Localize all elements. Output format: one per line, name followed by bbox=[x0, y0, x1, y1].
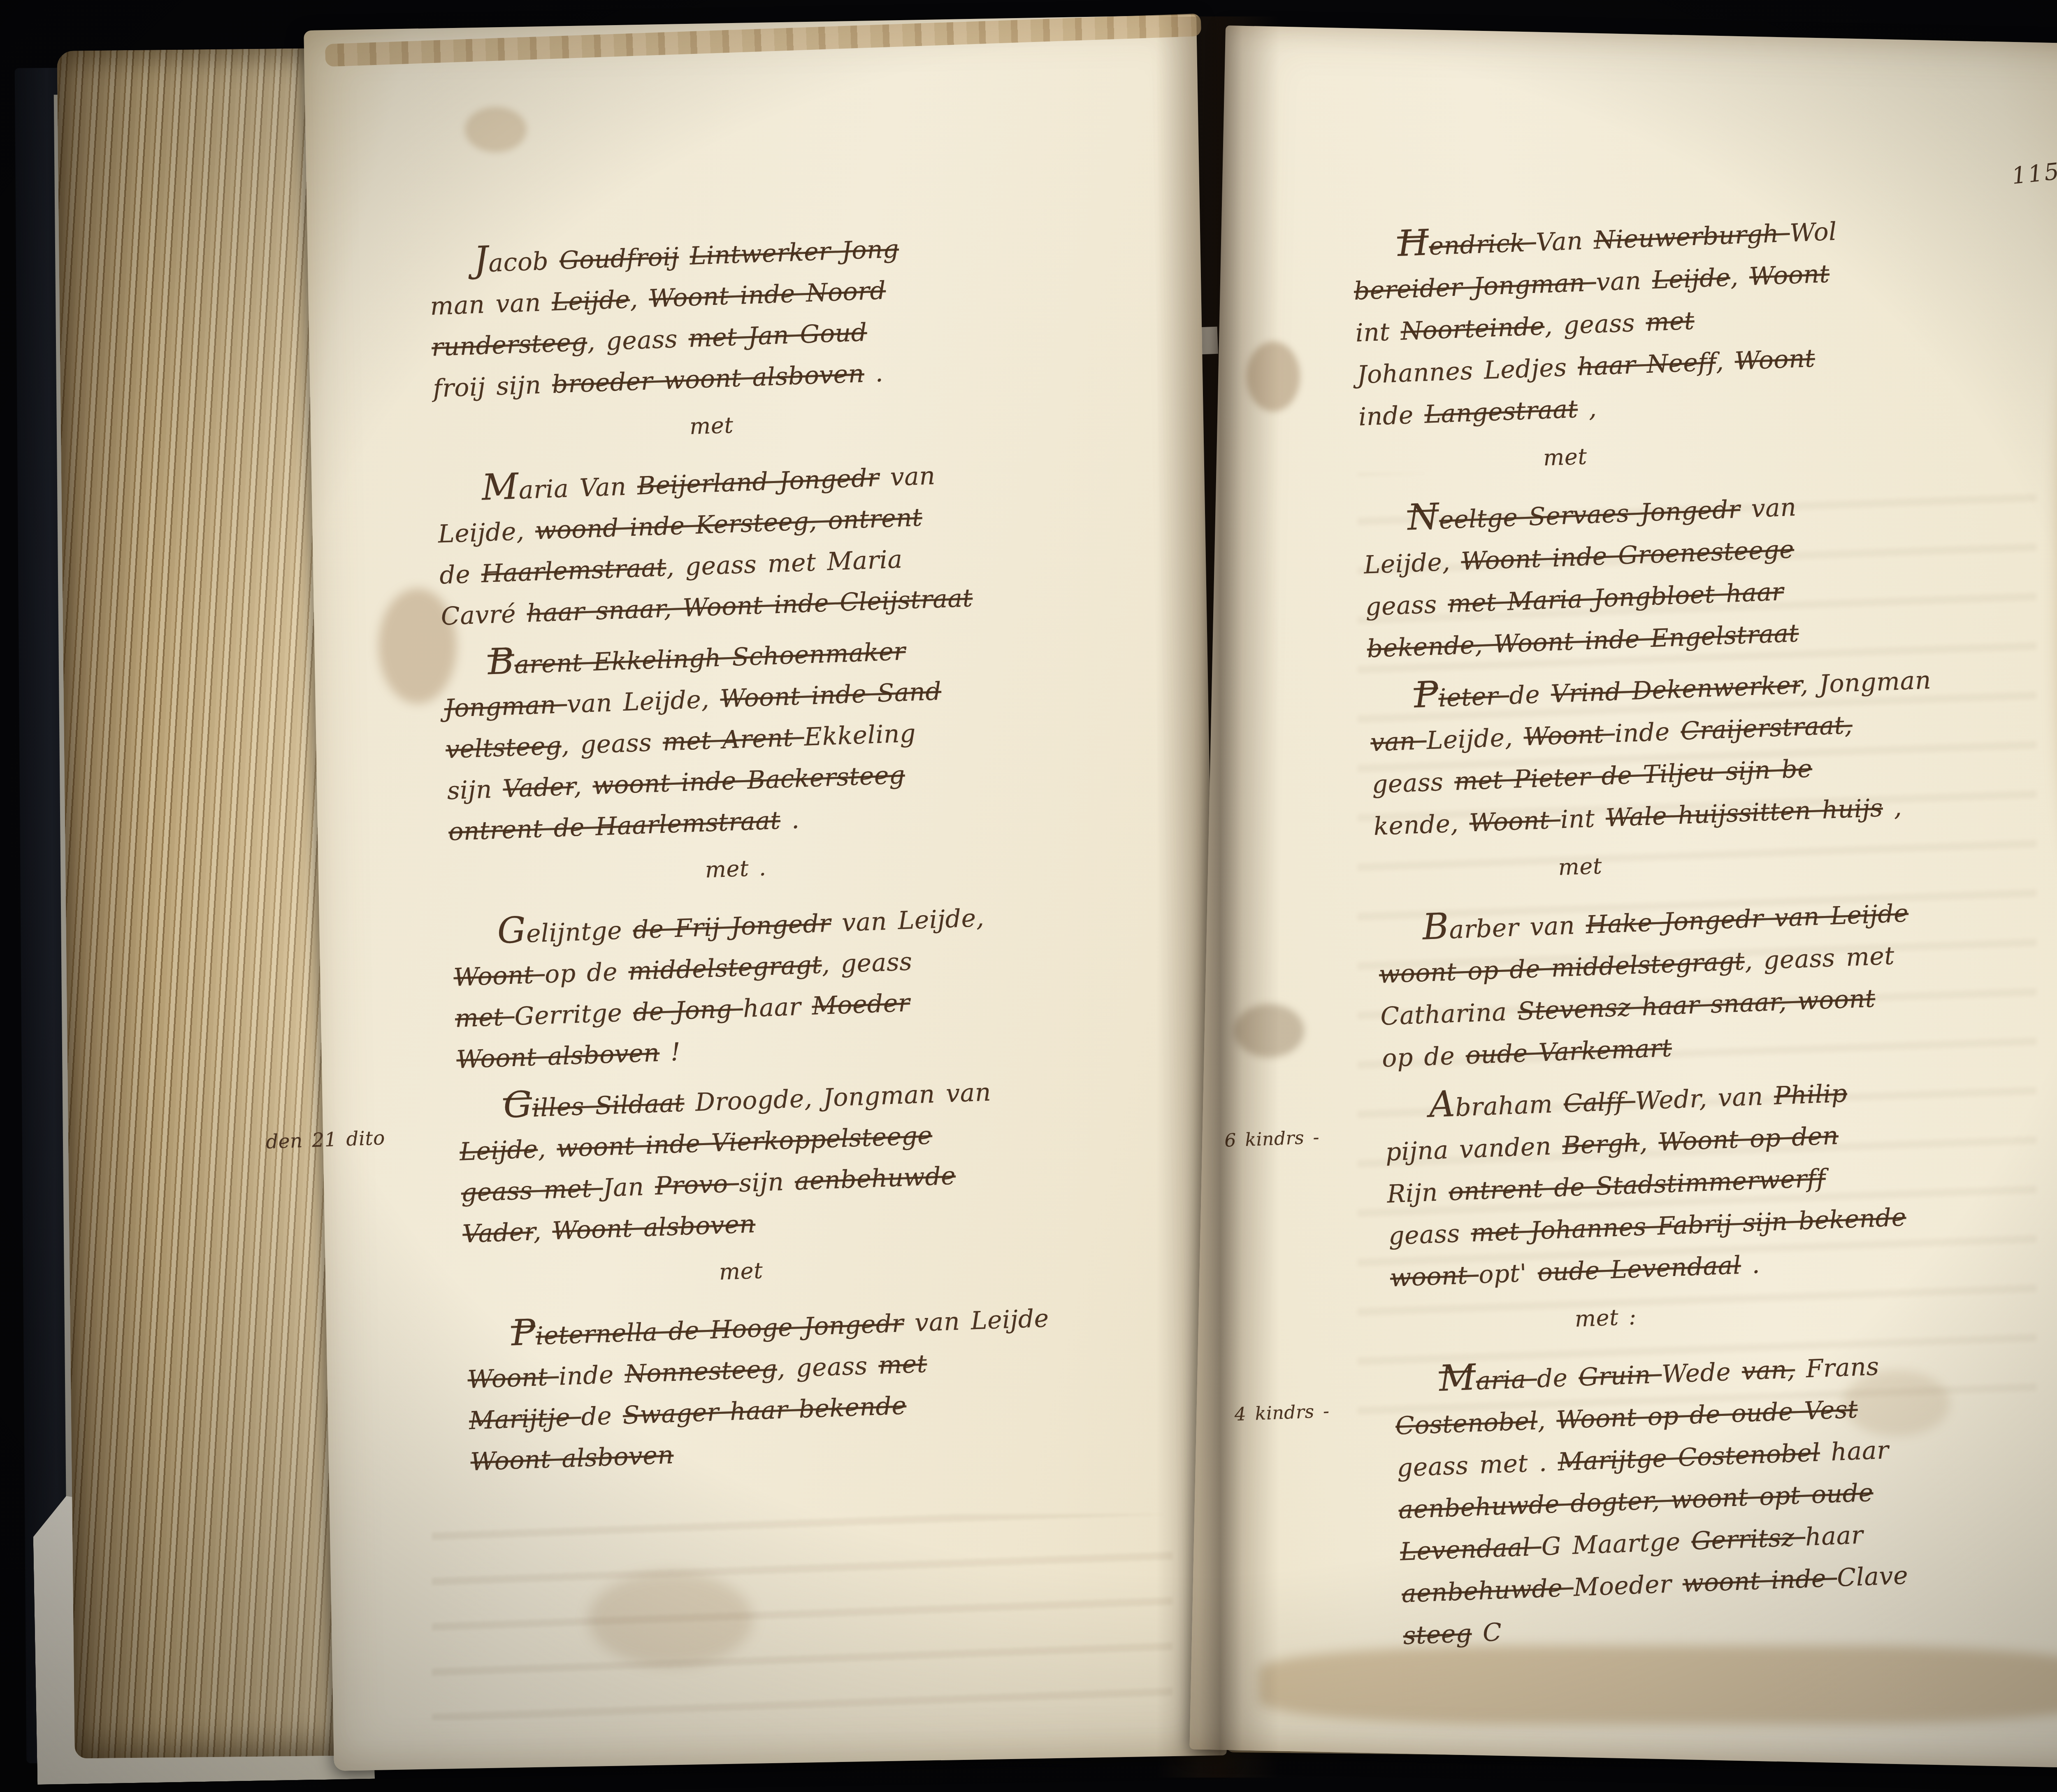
ink-text: man van bbox=[430, 288, 552, 321]
struck-text: Woont bbox=[1734, 344, 1816, 376]
ink-text: Leijde, bbox=[438, 516, 536, 549]
struck-text: ontrent de Haarlemstraat bbox=[448, 806, 781, 846]
struck-text: bekende, Woont inde Engelstraat bbox=[1367, 619, 1799, 663]
struck-text: Goudfroij bbox=[559, 242, 680, 275]
struck-text: Vader bbox=[502, 772, 574, 803]
ink-text: van Leijde, bbox=[831, 904, 985, 938]
struck-text: Vrind Dekenwerker bbox=[1551, 671, 1801, 709]
struck-text: Maria bbox=[1439, 1364, 1537, 1397]
struck-text: Lintwerker Jong bbox=[689, 235, 899, 271]
ink-text bbox=[678, 242, 690, 271]
ink-text: sijn bbox=[446, 774, 503, 805]
register-entry: Gelijntge de Frij Jongedr van Leijde,Woo… bbox=[451, 885, 1238, 1081]
ink-text: . bbox=[864, 359, 884, 388]
struck-text: woont inde bbox=[1682, 1564, 1838, 1598]
ink-text: Jan bbox=[602, 1172, 655, 1202]
struck-text: woont bbox=[1390, 1260, 1479, 1292]
struck-text: woont inde Backersteeg bbox=[592, 760, 905, 800]
ink-text: Droogde, Jongman van bbox=[684, 1078, 991, 1118]
ink-text: Wedr, van bbox=[1635, 1082, 1775, 1116]
ink-text: froij sijn bbox=[432, 370, 553, 403]
ink-text: Van bbox=[1535, 226, 1594, 257]
struck-text: met Maria Jongbloet haar bbox=[1447, 577, 1784, 618]
ink-text: Maria Van bbox=[481, 472, 638, 506]
struck-text: Woont inde Noord bbox=[648, 276, 886, 313]
register-entry: Maria Van Beijerland Jongedr vanLeijde, … bbox=[436, 441, 1223, 637]
ink-text: Clave bbox=[1836, 1561, 1908, 1592]
struck-text: Costenobel bbox=[1395, 1406, 1538, 1441]
ink-text: Rijn bbox=[1386, 1178, 1449, 1209]
struck-text: Neeltge Servaes Jongedr bbox=[1407, 495, 1741, 536]
ink-text: , bbox=[1715, 347, 1735, 377]
ink-text: , bbox=[1537, 1406, 1557, 1436]
register-entry: Neeltge Servaes Jongedr vanLeijde, Woont… bbox=[1361, 469, 2057, 670]
struck-text: Marijtge Costenobel bbox=[1557, 1438, 1820, 1476]
ink-text: Gelijntge bbox=[497, 916, 634, 949]
struck-text: Woont bbox=[1523, 719, 1615, 751]
ink-text: , geass bbox=[587, 324, 689, 357]
ink-text: Gerritge bbox=[514, 998, 634, 1031]
struck-text: met Jan Goud bbox=[688, 318, 867, 353]
struck-text: met Pieter de Tiljeu sijn be bbox=[1454, 754, 1813, 796]
ink-text: Jacob bbox=[474, 246, 560, 278]
ink-text: van Leijde, bbox=[566, 685, 721, 719]
struck-text: Noorteinde bbox=[1400, 312, 1545, 346]
ink-text: G Maartge bbox=[1541, 1527, 1692, 1561]
struck-text: Woont alsboven bbox=[552, 1210, 756, 1246]
ink-text: . bbox=[780, 805, 800, 835]
register-entry: Barber van Hake Jongedr van Leijdewoont … bbox=[1377, 878, 2057, 1079]
struck-text: Haarlemstraat bbox=[481, 553, 667, 588]
ink-text: , bbox=[1730, 263, 1750, 292]
register-entry: Pieternella de Hooge Jongedr van LeijdeW… bbox=[465, 1287, 1252, 1483]
struck-text: steeg bbox=[1403, 1619, 1472, 1650]
struck-text: Swager haar bekende bbox=[622, 1391, 907, 1430]
left-page-text: Jacob Goudfroij Lintwerker Jongman van L… bbox=[428, 214, 1253, 1488]
struck-text: van, bbox=[1741, 1355, 1796, 1386]
ink-text: int bbox=[1355, 317, 1401, 348]
struck-text: Leijde bbox=[1652, 263, 1731, 295]
margin-note: 4 kindrs - bbox=[1234, 1390, 1330, 1436]
ink-text: Wede bbox=[1661, 1357, 1742, 1389]
struck-text: Woont bbox=[453, 960, 545, 992]
struck-text: oude Levendaal bbox=[1537, 1251, 1742, 1287]
struck-text: Pieternella de bbox=[511, 1316, 711, 1352]
register-entry: den 21 ditoGilles Sildaat Droogde, Jongm… bbox=[457, 1059, 1244, 1255]
ink-text: inde bbox=[1614, 717, 1681, 748]
ink-text: van bbox=[1595, 266, 1653, 297]
ink-text: haar bbox=[743, 992, 813, 1023]
struck-text: Beijerland Jongedr bbox=[637, 463, 880, 500]
struck-text: Woont bbox=[1469, 805, 1561, 837]
ink-text: inde bbox=[558, 1360, 625, 1391]
struck-text: Woont alsboven bbox=[470, 1441, 674, 1476]
ink-text: , geass met Maria bbox=[666, 545, 903, 582]
struck-text: geass met bbox=[461, 1174, 604, 1208]
ink-text: de bbox=[1509, 680, 1551, 710]
ink-text: van bbox=[879, 461, 936, 492]
struck-text: Marijtje bbox=[469, 1403, 582, 1435]
struck-text: Woont bbox=[467, 1362, 559, 1395]
ink-text: , bbox=[1577, 394, 1597, 423]
struck-text: Jongman bbox=[443, 690, 567, 723]
ink-text: int bbox=[1560, 804, 1607, 834]
register-entry: 4 kindrs -Maria de Gruin Wede van, Frans… bbox=[1393, 1330, 2057, 1657]
ink-text: . bbox=[1741, 1250, 1761, 1280]
struck-text: Nieuwerburgh bbox=[1593, 219, 1790, 255]
struck-text: Leijde bbox=[459, 1135, 538, 1167]
struck-text: Stevensz haar snaar, woont bbox=[1517, 984, 1876, 1026]
ink-text: kende, bbox=[1373, 809, 1470, 841]
ink-text: Johannes Ledjes bbox=[1356, 353, 1578, 390]
ink-text: Moeder bbox=[1573, 1569, 1683, 1602]
ink-text: , bbox=[573, 772, 593, 801]
struck-text: Wale huijssitten huijs bbox=[1605, 794, 1883, 833]
struck-text: rundersteeg bbox=[431, 328, 588, 362]
ink-text: geass bbox=[1388, 1219, 1472, 1250]
struck-text: Provo bbox=[655, 1169, 740, 1201]
struck-text: Woont op de oude Vest bbox=[1556, 1395, 1858, 1435]
struck-text: Langestraat bbox=[1424, 395, 1578, 429]
ink-text: Leijde, bbox=[1426, 723, 1524, 755]
ink-text: , bbox=[533, 1217, 553, 1246]
ink-text: Abraham bbox=[1429, 1090, 1564, 1123]
ink-text: Cavré bbox=[441, 599, 527, 631]
struck-text: Woont alsboven bbox=[456, 1039, 660, 1074]
ink-text: de bbox=[1536, 1363, 1579, 1394]
ink-text: Frans bbox=[1795, 1352, 1880, 1384]
ink-text: haar bbox=[1820, 1436, 1890, 1467]
ink-text: de bbox=[439, 560, 482, 590]
ink-text: geass met . bbox=[1397, 1448, 1558, 1483]
ink-text: op de bbox=[544, 957, 629, 989]
ink-text: , geass met bbox=[1744, 941, 1895, 976]
ink-text: C bbox=[1471, 1618, 1502, 1648]
ink-text: , bbox=[537, 1134, 557, 1164]
margin-note: 6 kindrs - bbox=[1224, 1116, 1320, 1162]
ink-text: Catharina bbox=[1380, 997, 1518, 1031]
struck-text: met bbox=[878, 1349, 927, 1380]
struck-text: Levendaal bbox=[1400, 1532, 1542, 1567]
struck-text: haar Neeff bbox=[1577, 348, 1716, 381]
struck-text: veltsteeg bbox=[445, 731, 562, 764]
struck-text: Leijde bbox=[551, 285, 630, 317]
register-entry: Hendrick Van Nieuwerburgh Wolbereider Jo… bbox=[1351, 195, 2057, 438]
struck-text: broeder woont alsboven bbox=[552, 359, 865, 399]
ink-text: van Leijde bbox=[903, 1304, 1049, 1338]
struck-text: Pieter bbox=[1414, 681, 1510, 714]
ink-text: ! bbox=[659, 1038, 681, 1067]
ink-text: , geass bbox=[821, 947, 912, 979]
struck-text: Woont inde Groenesteege bbox=[1460, 535, 1795, 576]
struck-text: met Arent bbox=[662, 723, 805, 757]
ink-text: haar bbox=[1805, 1521, 1864, 1552]
ink-text: geass bbox=[1365, 590, 1449, 621]
ink-text: Leijde, bbox=[1363, 547, 1462, 580]
struck-text: met bbox=[1645, 307, 1695, 337]
ink-text: geass bbox=[1372, 767, 1455, 799]
struck-text: Craijerstraat, bbox=[1680, 711, 1853, 746]
struck-text: Hendrick bbox=[1397, 228, 1537, 262]
struck-text: de Frij Jongedr bbox=[632, 909, 831, 945]
struck-text: haar snaar, Woont inde Cleijstraat bbox=[526, 583, 973, 628]
page-number: 115 bbox=[2011, 158, 2057, 190]
struck-text: Nonnesteeg bbox=[624, 1355, 778, 1389]
struck-text: Woont inde Sand bbox=[720, 677, 942, 714]
margin-note: den 21 dito bbox=[265, 1118, 385, 1163]
struck-text: met bbox=[455, 1002, 515, 1033]
struck-text: Hake Jongedr van Leijde bbox=[1585, 899, 1909, 940]
struck-text: Gilles Sildaat bbox=[503, 1089, 685, 1124]
struck-text: middelstegragt bbox=[628, 951, 822, 986]
ink-text: pijna vanden bbox=[1385, 1132, 1562, 1167]
register-entry: 6 kindrs -Abraham Calff Wedr, van Philip… bbox=[1383, 1056, 2057, 1299]
ink-text: inde bbox=[1358, 400, 1425, 432]
register-entry: Barent Ekkelingh SchoenmakerJongman van … bbox=[442, 616, 1230, 853]
ink-text: Barber van bbox=[1422, 911, 1586, 945]
struck-text: Philip bbox=[1774, 1079, 1848, 1110]
struck-text: van bbox=[1370, 726, 1427, 757]
struck-text: Woont bbox=[1749, 260, 1830, 291]
struck-text: woont inde Vierkoppelsteege bbox=[556, 1121, 933, 1163]
struck-text: de Jong bbox=[633, 994, 744, 1027]
struck-text: ontrent de Stadstimmerwerff bbox=[1448, 1164, 1826, 1206]
right-page-text: Hendrick Van Nieuwerburgh Wolbereider Jo… bbox=[1351, 195, 2057, 1663]
struck-text: Moeder bbox=[811, 988, 910, 1020]
struck-text: woont op de middelstegragt bbox=[1379, 947, 1745, 989]
struck-text: Hooge Jongedr bbox=[710, 1309, 904, 1344]
ink-text: , Jongman bbox=[1800, 666, 1932, 700]
ink-text: sijn bbox=[738, 1167, 795, 1198]
ink-text: Wol bbox=[1789, 217, 1837, 248]
ink-text: , bbox=[1639, 1128, 1659, 1157]
struck-text: Gruin bbox=[1578, 1360, 1662, 1392]
struck-text: Woont op den bbox=[1658, 1121, 1839, 1157]
ink-text: Ekkeling bbox=[803, 719, 916, 751]
ink-text: , bbox=[629, 284, 650, 314]
ink-text: de bbox=[580, 1401, 623, 1431]
ink-text: , bbox=[1883, 793, 1903, 823]
struck-text: oude Varkemart bbox=[1465, 1034, 1673, 1070]
ink-text: , geass bbox=[777, 1351, 879, 1383]
register-entry: Jacob Goudfroij Lintwerker Jongman van L… bbox=[428, 214, 1215, 409]
register-entry: Pieter de Vrind Dekenwerker, Jongmanvan … bbox=[1368, 646, 2057, 848]
struck-text: bereider Jongman bbox=[1354, 268, 1597, 306]
ink-text: op de bbox=[1381, 1041, 1466, 1073]
struck-text: Vader bbox=[462, 1218, 534, 1249]
struck-text: aenbehuwde bbox=[1401, 1573, 1574, 1608]
ink-text: , geass bbox=[1544, 308, 1646, 341]
struck-text: Bergh bbox=[1562, 1129, 1640, 1160]
struck-text: Calff bbox=[1563, 1087, 1636, 1118]
struck-text: woond inde Kersteeg, ontrent bbox=[535, 503, 923, 545]
ink-text: van bbox=[1740, 493, 1797, 524]
ink-text: , geass bbox=[561, 728, 663, 760]
ink-text: opt' bbox=[1478, 1258, 1538, 1289]
struck-text: Gerritsz bbox=[1691, 1523, 1806, 1556]
struck-text: aenbehuwde bbox=[794, 1162, 957, 1196]
